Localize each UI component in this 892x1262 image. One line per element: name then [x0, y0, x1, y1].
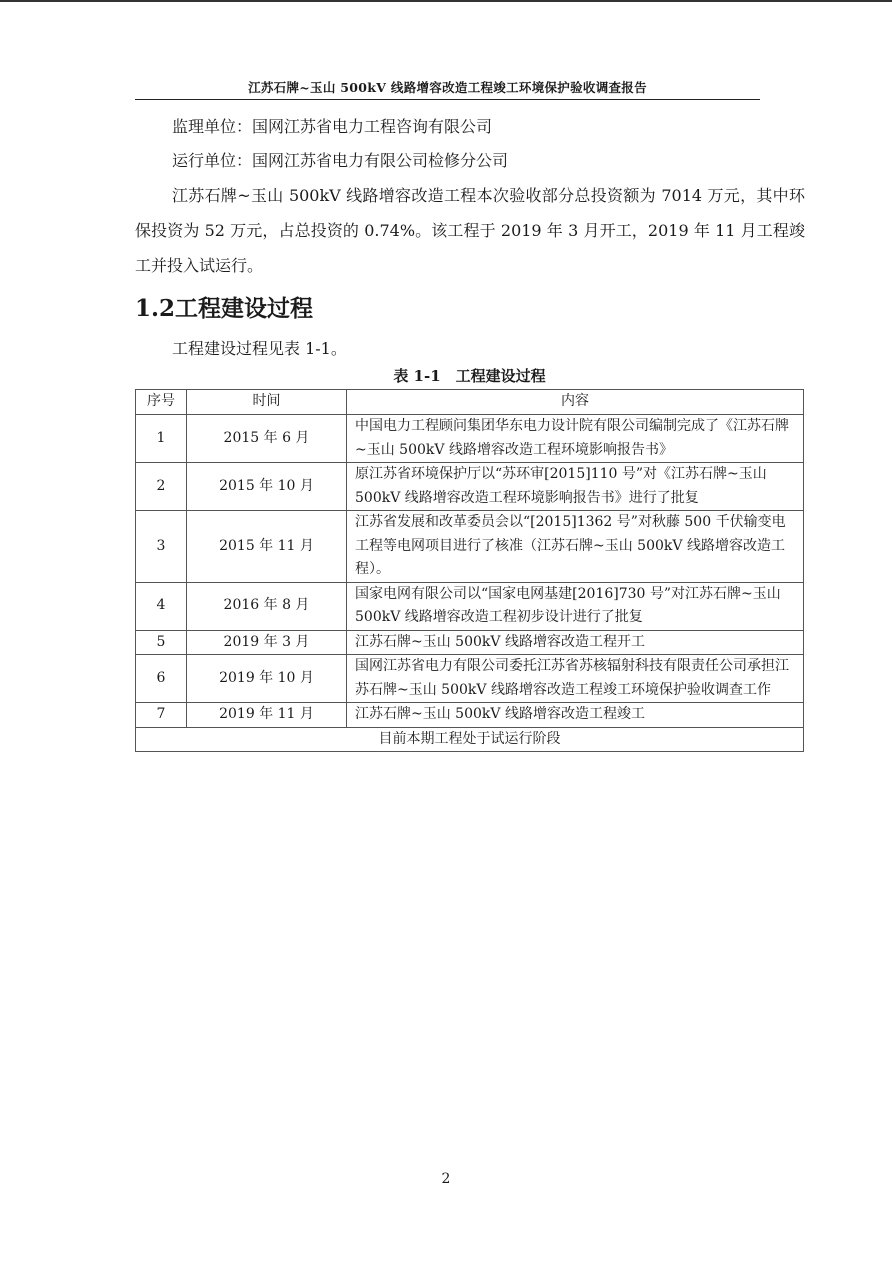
cell-content: 国家电网有限公司以“国家电网基建[2016]730 号”对江苏石牌~玉山 500…	[347, 582, 804, 630]
table-header-row: 序号 时间 内容	[136, 390, 804, 415]
cell-time: 2019 年 11 月	[187, 703, 347, 728]
table-footer-note: 目前本期工程处于试运行阶段	[136, 727, 804, 752]
section-heading: 1.2工程建设过程	[135, 290, 313, 323]
cell-no: 7	[136, 703, 187, 728]
header-rule	[135, 99, 760, 100]
cell-no: 5	[136, 630, 187, 655]
table-row: 3 2015 年 11 月 江苏省发展和改革委员会以“[2015]1362 号”…	[136, 511, 804, 583]
construction-process-table: 序号 时间 内容 1 2015 年 6 月 中国电力工程顾问集团华东电力设计院有…	[135, 389, 804, 752]
header-no: 序号	[136, 390, 187, 415]
table-caption: 表 1-1 工程建设过程	[135, 365, 804, 386]
page-number: 2	[0, 1171, 892, 1187]
cell-no: 4	[136, 582, 187, 630]
cell-time: 2015 年 6 月	[187, 415, 347, 463]
cell-time: 2019 年 3 月	[187, 630, 347, 655]
cell-time: 2019 年 10 月	[187, 655, 347, 703]
table-row: 5 2019 年 3 月 江苏石牌~玉山 500kV 线路增容改造工程开工	[136, 630, 804, 655]
cell-content: 江苏石牌~玉山 500kV 线路增容改造工程开工	[347, 630, 804, 655]
running-header: 江苏石牌~玉山 500kV 线路增容改造工程竣工环境保护验收调查报告	[135, 78, 760, 96]
cell-no: 2	[136, 463, 187, 511]
supervision-unit-paragraph: 监理单位：国网江苏省电力工程咨询有限公司	[135, 109, 805, 144]
cell-no: 3	[136, 511, 187, 583]
cell-content: 江苏石牌~玉山 500kV 线路增容改造工程竣工	[347, 703, 804, 728]
cell-no: 6	[136, 655, 187, 703]
table-row: 4 2016 年 8 月 国家电网有限公司以“国家电网基建[2016]730 号…	[136, 582, 804, 630]
cell-content: 中国电力工程顾问集团华东电力设计院有限公司编制完成了《江苏石牌~玉山 500kV…	[347, 415, 804, 463]
operation-unit-paragraph: 运行单位：国网江苏省电力有限公司检修分公司	[135, 143, 805, 178]
cell-content: 原江苏省环境保护厅以“苏环审[2015]110 号”对《江苏石牌~玉山 500k…	[347, 463, 804, 511]
header-content: 内容	[347, 390, 804, 415]
cell-time: 2015 年 10 月	[187, 463, 347, 511]
header-time: 时间	[187, 390, 347, 415]
table-row: 1 2015 年 6 月 中国电力工程顾问集团华东电力设计院有限公司编制完成了《…	[136, 415, 804, 463]
cell-time: 2015 年 11 月	[187, 511, 347, 583]
table-reference-paragraph: 工程建设过程见表 1-1。	[135, 331, 805, 366]
cell-content: 国网江苏省电力有限公司委托江苏省苏核辐射科技有限责任公司承担江苏石牌~玉山 50…	[347, 655, 804, 703]
page-top-edge	[0, 0, 892, 2]
cell-time: 2016 年 8 月	[187, 582, 347, 630]
table-footer-row: 目前本期工程处于试运行阶段	[136, 727, 804, 752]
cell-content: 江苏省发展和改革委员会以“[2015]1362 号”对秋藤 500 千伏输变电工…	[347, 511, 804, 583]
investment-paragraph: 江苏石牌~玉山 500kV 线路增容改造工程本次验收部分总投资额为 7014 万…	[135, 178, 805, 283]
table-row: 6 2019 年 10 月 国网江苏省电力有限公司委托江苏省苏核辐射科技有限责任…	[136, 655, 804, 703]
cell-no: 1	[136, 415, 187, 463]
table-row: 7 2019 年 11 月 江苏石牌~玉山 500kV 线路增容改造工程竣工	[136, 703, 804, 728]
table-row: 2 2015 年 10 月 原江苏省环境保护厅以“苏环审[2015]110 号”…	[136, 463, 804, 511]
